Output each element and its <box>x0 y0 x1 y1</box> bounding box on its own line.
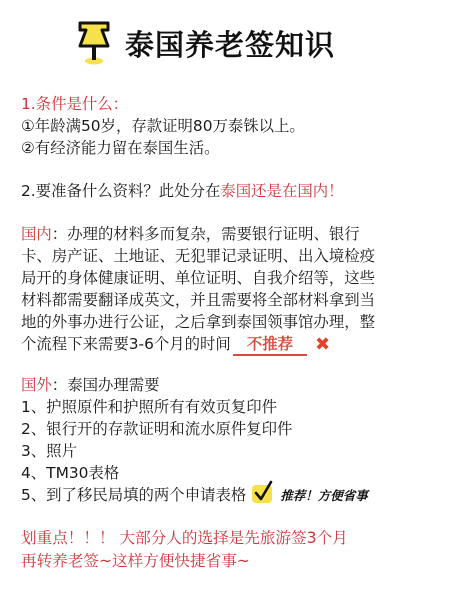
domestic-line-5: 地的外事办进行公证，之后拿到泰国领事馆办理，整 <box>21 311 451 333</box>
abroad-item-1: 1、护照原件和护照所有有效页复印件 <box>21 396 451 418</box>
domestic-line-4: 材料都需要翻译成英文，并且需要将全部材料拿到当 <box>21 289 451 311</box>
domestic-line-1: 国内：办理的材料多而复杂，需要银行证明、银行 <box>21 223 451 245</box>
not-recommended-badge: 不推荐 <box>233 334 307 356</box>
abroad-item-4: 4、TM30表格 <box>21 462 451 484</box>
domestic-line-6: 个流程下来需要3-6个月的时间不推荐✖ <box>21 333 451 356</box>
domestic-colon: ： <box>52 225 67 243</box>
highlight-line-1: 划重点！！！ 大部分人的选择是先旅游签3个月 <box>21 527 451 550</box>
highlight-line-2: 再转养老签~这样方便快捷省事~ <box>21 550 451 573</box>
condition-item-1: ①年龄满50岁，存款证明80万泰铢以上。 <box>21 115 451 137</box>
abroad-label: 国外 <box>21 376 52 394</box>
section2-heading: 2.要准备什么资料？此处分在泰国还是在国内！ <box>21 180 451 202</box>
abroad-item-5: 5、到了移民局填的两个申请表格 推荐！方便省事 <box>21 484 451 507</box>
page-title: 泰国养老签知识 <box>125 23 335 64</box>
abroad-item-2: 2、银行开的存款证明和流水原件复印件 <box>21 418 451 440</box>
section2-heading-prefix: 2.要准备什么资料？此处分在 <box>21 182 220 200</box>
checkmark-icon <box>252 485 272 503</box>
pushpin-icon <box>75 20 113 66</box>
abroad-item-3: 3、照片 <box>21 440 451 462</box>
section1-heading: 1.条件是什么： <box>21 93 451 115</box>
domestic-text-6: 个流程下来需要3-6个月的时间 <box>21 335 231 353</box>
domestic-line-3: 局开的身体健康证明、单位证明、自我介绍等，这些 <box>21 267 451 289</box>
abroad-intro-text: 泰国办理需要 <box>67 376 159 394</box>
cross-icon: ✖ <box>315 334 330 356</box>
content: 1.条件是什么： ①年龄满50岁，存款证明80万泰铢以上。 ②有经济能力留在泰国… <box>21 93 451 573</box>
abroad-item-5-text: 5、到了移民局填的两个申请表格 <box>21 486 246 504</box>
domestic-label: 国内 <box>21 225 52 243</box>
condition-item-2: ②有经济能力留在泰国生活。 <box>21 137 451 159</box>
section2-heading-highlight: 泰国还是在国内！ <box>220 182 343 200</box>
recommended-note: 推荐！方便省事 <box>280 485 368 507</box>
abroad-colon: ： <box>52 376 67 394</box>
title-row: 泰国养老签知识 <box>75 20 335 66</box>
domestic-text-1: 办理的材料多而复杂，需要银行证明、银行 <box>67 225 359 243</box>
domestic-line-2: 卡、房产证、土地证、无犯罪记录证明、出入境检疫 <box>21 245 451 267</box>
abroad-intro: 国外：泰国办理需要 <box>21 374 451 396</box>
